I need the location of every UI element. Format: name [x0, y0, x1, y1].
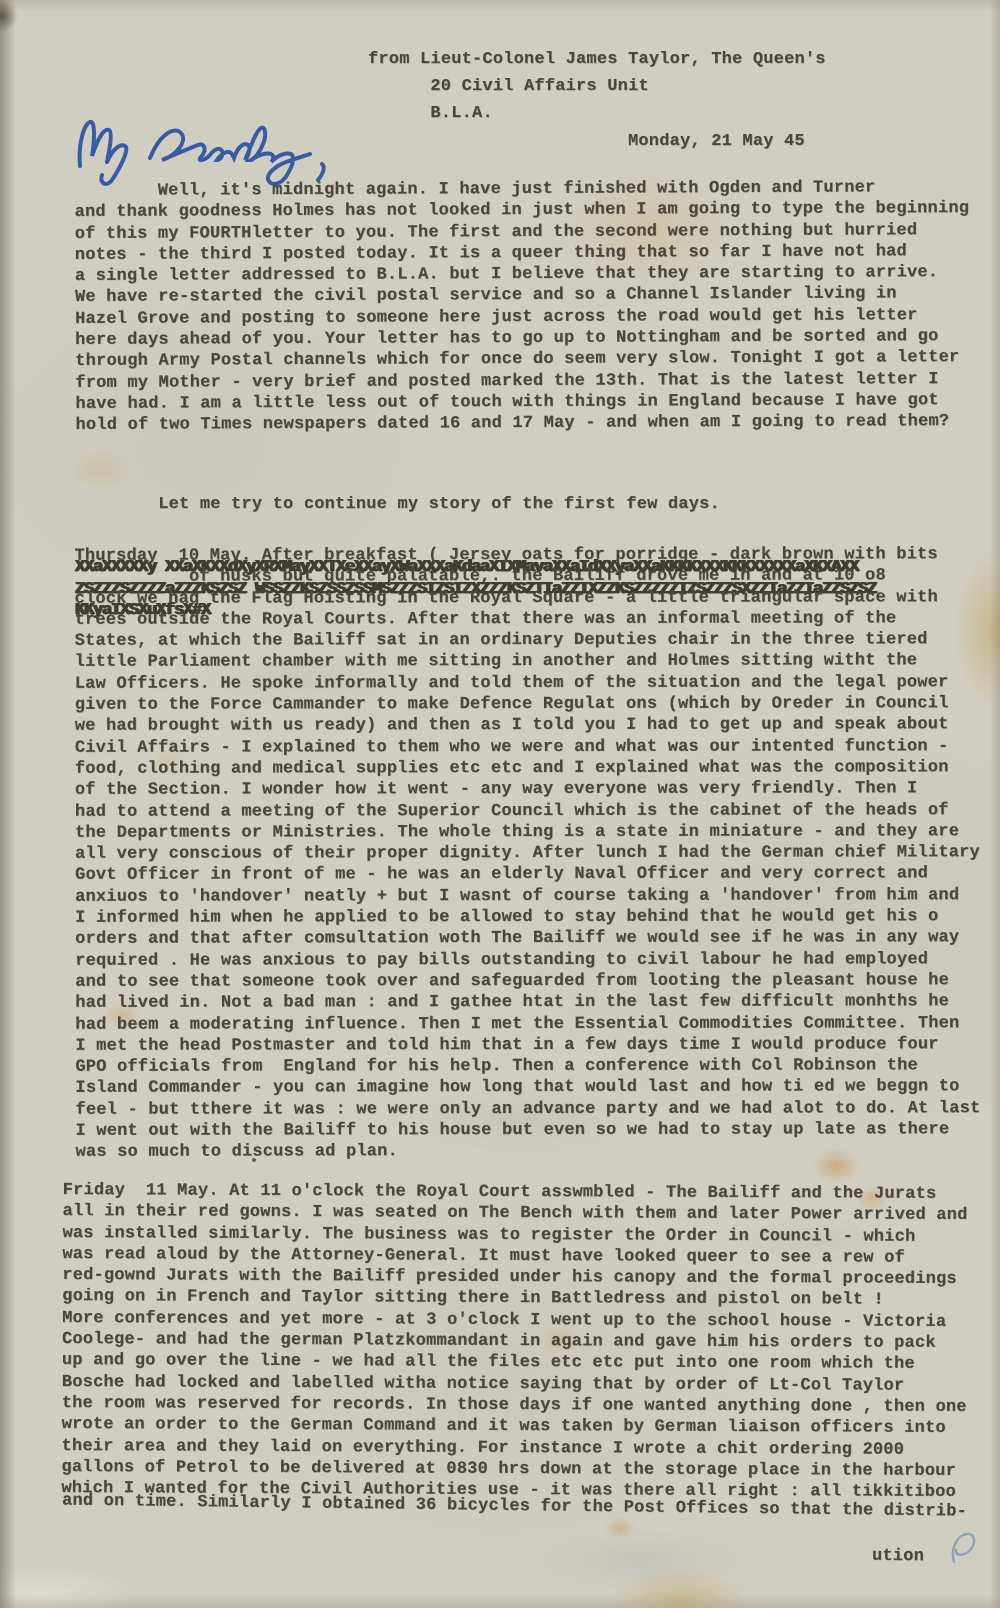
typed-line: required . He was anxious to pay bills o…	[75, 949, 980, 972]
typed-line: had lived in. Not a bad man : and I gath…	[75, 991, 980, 1014]
typed-line: all very conscious of their proper digni…	[75, 842, 980, 865]
typed-line: given to the Force Cammander to make Def…	[75, 693, 980, 716]
typed-line: had to attend a meeting of the Superior …	[75, 800, 980, 823]
typed-line: Let me try to continue my story of the f…	[75, 494, 876, 515]
typed-line: of husks but quite palatable,. the Baili…	[74, 566, 979, 589]
letter-header: from Lieut-Colonel James Taylor, The Que…	[368, 46, 826, 127]
typed-line: hold of two Times newspapers dated 16 an…	[75, 411, 970, 436]
typed-line: Govt Officer in front of me - he was an …	[75, 864, 980, 887]
blue-pen-mark	[948, 1528, 982, 1572]
typed-line: anxiuos to 'handover' neatly + but I was…	[75, 885, 980, 908]
typed-line: I met the head Postmaster and told him t…	[75, 1034, 980, 1057]
date-line: Monday, 21 May 45	[628, 131, 805, 152]
typed-line: Thursday 10 May. After breakfast ( Jerse…	[74, 544, 979, 567]
typed-line: had beem a moderating influence. Then I …	[75, 1013, 980, 1036]
header-line: B.L.A.	[368, 100, 826, 127]
typed-line: we had brought with us ready) and then a…	[75, 715, 980, 738]
hyphenation-carry-word: ution	[872, 1546, 924, 1568]
typed-line: trees outside the Royal Courts. After th…	[75, 608, 980, 631]
letter-page: from Lieut-Colonel James Taylor, The Que…	[0, 0, 1000, 1608]
transition-lead-lines: Let me try to continue my story of the f…	[75, 494, 876, 515]
typed-line: Civil Affairs - I explained to them who …	[75, 736, 980, 759]
typed-line: orders and that after comsultation woth …	[75, 928, 980, 951]
typed-line: Law Officers. He spoke informally and to…	[75, 672, 980, 695]
stray-ink-dot	[252, 1158, 256, 1162]
header-line: from Lieut-Colonel James Taylor, The Que…	[368, 46, 826, 73]
header-line: 20 Civil Affairs Unit	[368, 73, 826, 100]
typed-line: of the Section. I wonder how it went - a…	[75, 778, 980, 801]
typed-line: clock we had the Flag Hoisting in the Ro…	[75, 587, 980, 610]
typed-line: little Parliament chamber with me sittin…	[75, 651, 980, 674]
typed-line: GPO officials from England for his help.…	[75, 1055, 980, 1078]
typed-line: feel - but tthere it was : we were only …	[75, 1098, 980, 1121]
typed-line: was so much to discuss ad plan.	[76, 1141, 981, 1164]
typed-line: Island Commander - you can imagine how l…	[75, 1077, 980, 1100]
typed-line: I went out with the Bailiff to his house…	[75, 1119, 980, 1142]
paragraph-friday-11-may: Friday 11 May. At 11 o'clock the Royal C…	[61, 1180, 967, 1503]
paragraph-thursday-10-may: Thursday 10 May. After breakfast ( Jerse…	[74, 544, 980, 1163]
paragraph-opening: Well, it's midnight again. I have just f…	[74, 177, 970, 436]
typed-line: the Departments or Ministries. The whole…	[75, 821, 980, 844]
typed-line: food, clothing and medical supplies etc …	[75, 757, 980, 780]
typed-line: and to see that someone took over and sa…	[75, 970, 980, 993]
typed-line: States, at which the Bailiff sat in an o…	[75, 629, 980, 652]
typed-line: I informed him when he applied to be all…	[75, 906, 980, 929]
